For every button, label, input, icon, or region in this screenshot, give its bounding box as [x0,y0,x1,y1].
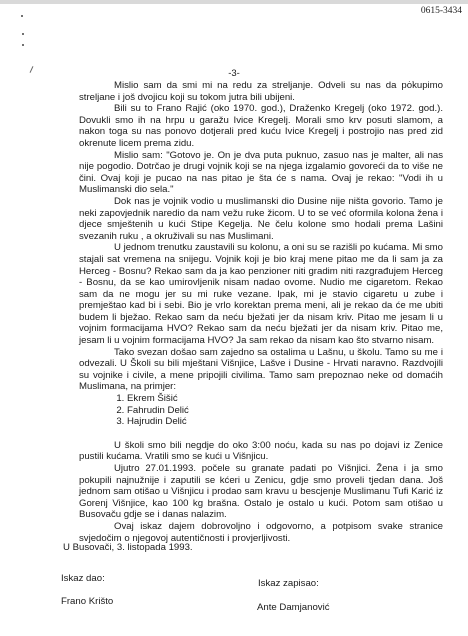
statement-given-name: Frano Krišto [61,596,113,607]
paragraph: Mislio sam: "Gotovo je. On je dva puta p… [79,150,443,196]
document-body: Mislio sam da smi mi na redu za streljan… [79,80,443,544]
paragraph: Bili su to Frano Rajić (oko 1970. god.),… [79,103,443,149]
page-number: -3- [0,68,468,79]
statement-recorded-name: Ante Damjanović [257,602,330,613]
list-item: Hajrudin Delić [127,416,443,428]
name-list: Ekrem Šišić Fahrudin Delić Hajrudin Deli… [79,393,443,428]
paragraph: Dok nas je vojnik vodio u muslimanski di… [79,196,443,242]
paragraph: Tako svezan došao sam zajedno sa ostalim… [79,347,443,393]
scan-speck [22,44,24,46]
list-item: Fahrudin Delić [127,405,443,417]
document-id: 0615-3434 [421,6,462,16]
scan-speck [22,33,24,35]
scan-speck [21,15,23,17]
paragraph: U školi smo bili negdje do oko 3:00 noću… [79,440,443,463]
paragraph: Mislio sam da smi mi na redu za streljan… [79,80,443,103]
paragraph: U jednom trenutku zaustavili su kolonu, … [79,242,443,346]
list-item: Ekrem Šišić [127,393,443,405]
statement-recorded-label: Iskaz zapisao: [258,578,319,589]
top-border [0,0,468,4]
paragraph: Ujutro 27.01.1993. počele su granate pad… [79,463,443,521]
paragraph: Ovaj iskaz dajem dobrovoljno i odgovorno… [79,521,443,544]
place-date: U Busovači, 3. listopada 1993. [63,542,193,553]
statement-given-label: Iskaz dao: [61,573,105,584]
